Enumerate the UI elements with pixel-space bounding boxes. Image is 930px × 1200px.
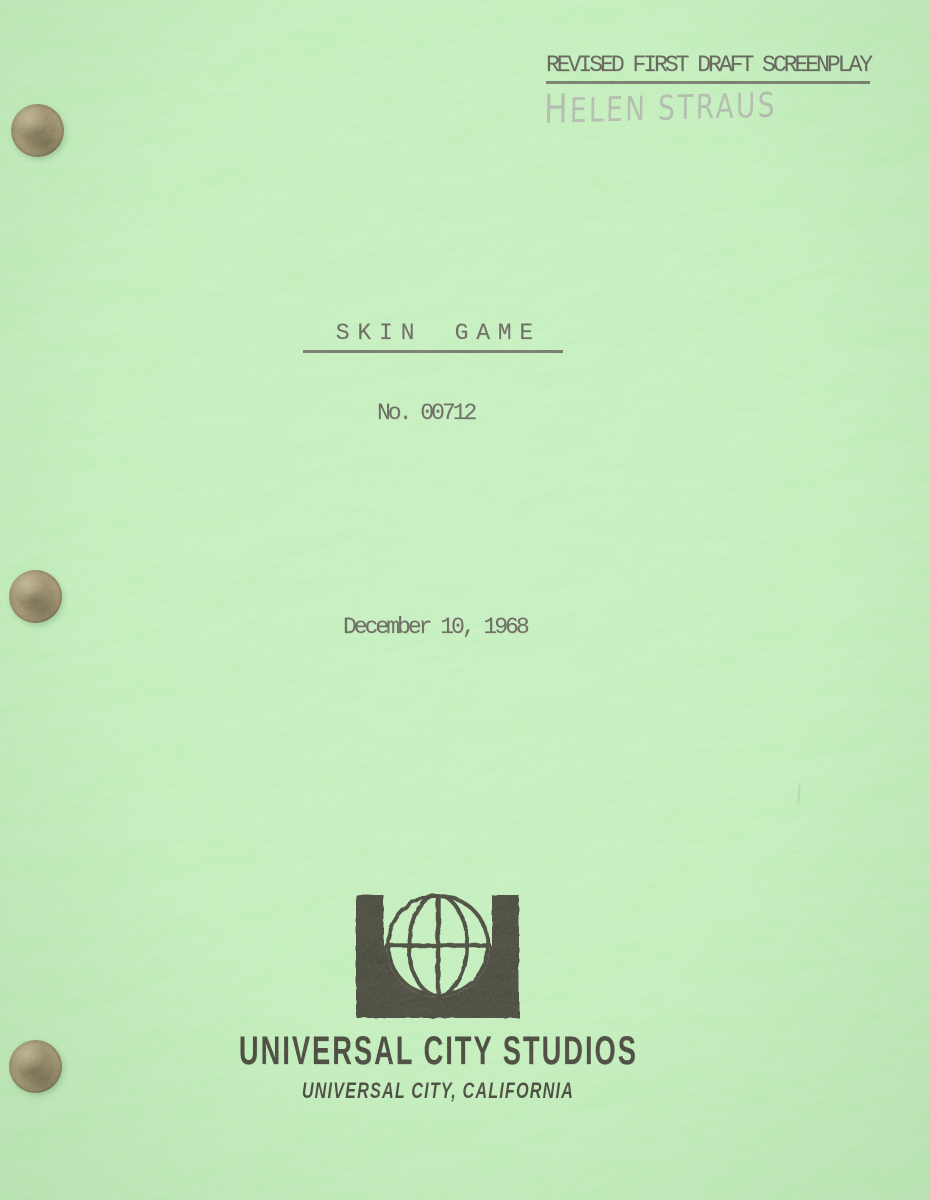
script-title: S K I N G A M E (303, 322, 563, 353)
studio-location-row: UNIVERSAL CITY, CALIFORNIA (0, 1079, 876, 1103)
script-number: No. 00712 (377, 402, 474, 425)
brad-fastener-bottom-icon (9, 1040, 62, 1093)
universal-globe-logo-icon (348, 886, 520, 1022)
script-date: December 10, 1968 (343, 616, 527, 639)
studio-name-row: UNIVERSAL CITY STUDIOS (0, 1031, 876, 1071)
studio-location: UNIVERSAL CITY, CALIFORNIA (302, 1079, 574, 1103)
stray-pencil-mark (797, 783, 801, 805)
brad-fastener-top-icon (11, 104, 64, 157)
draft-stamp: REVISED FIRST DRAFT SCREENPLAY (546, 54, 870, 84)
studio-name: UNIVERSAL CITY STUDIOS (238, 1031, 637, 1071)
screenplay-cover: REVISED FIRST DRAFT SCREENPLAY HELEN STR… (0, 0, 930, 1200)
brad-fastener-middle-icon (9, 570, 62, 623)
handwritten-name: HELEN STRAUS (544, 85, 777, 130)
